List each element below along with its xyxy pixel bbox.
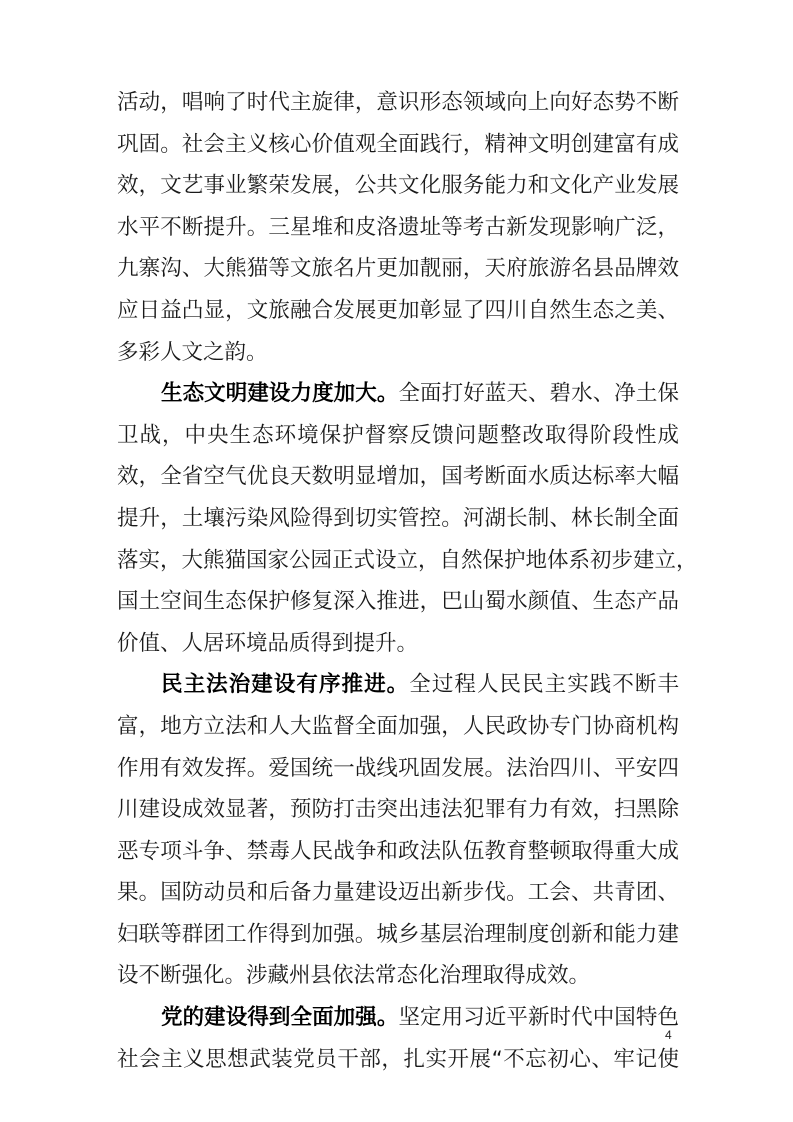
document-body: 活动，唱响了时代主旋律，意识形态领域向上向好态势不断 巩固。社会主义核心价值观全… — [117, 82, 679, 1080]
text-line: 富，地方立法和人大监督全面加强，人民政协专门协商机构 — [117, 706, 679, 748]
text-line: 多彩人文之韵。 — [117, 332, 679, 374]
paragraph-first-line: 党的建设得到全面加强。坚定用习近平新时代中国特色 — [117, 997, 679, 1039]
paragraph-heading: 党的建设得到全面加强。 — [161, 1005, 398, 1030]
text-line: 恶专项斗争、禁毒人民战争和政法队伍教育整顿取得重大成 — [117, 831, 679, 873]
text-line: 提升，土壤污染风险得到切实管控。河湖长制、林长制全面 — [117, 498, 679, 540]
paragraph-heading: 民主法治建设有序推进。 — [161, 672, 409, 697]
paragraph-first-line: 民主法治建设有序推进。全过程人民民主实践不断丰 — [117, 664, 679, 706]
text-line: 巩固。社会主义核心价值观全面践行，精神文明创建富有成 — [117, 124, 679, 166]
text-line: 作用有效发挥。爱国统一战线巩固发展。法治四川、平安四 — [117, 748, 679, 790]
text-line: 九寨沟、大熊猫等文旅名片更加靓丽，天府旅游名县品牌效 — [117, 248, 679, 290]
page-number: 4 — [665, 1028, 672, 1042]
text-run: 全面打好蓝天、碧水、净土保 — [398, 381, 679, 406]
text-line: 卫战，中央生态环境保护督察反馈问题整改取得阶段性成 — [117, 415, 679, 457]
paragraph-ecology: 生态文明建设力度加大。全面打好蓝天、碧水、净土保 卫战，中央生态环境保护督察反馈… — [117, 373, 679, 664]
paragraph-first-line: 生态文明建设力度加大。全面打好蓝天、碧水、净土保 — [117, 373, 679, 415]
text-line: 应日益凸显，文旅融合发展更加彰显了四川自然生态之美、 — [117, 290, 679, 332]
text-line: 效，文艺事业繁荣发展，公共文化服务能力和文化产业发展 — [117, 165, 679, 207]
text-line: 社会主义思想武装党员干部，扎实开展“不忘初心、牢记使 — [117, 1039, 679, 1081]
text-line: 果。国防动员和后备力量建设迈出新步伐。工会、共青团、 — [117, 872, 679, 914]
text-line: 价值、人居环境品质得到提升。 — [117, 623, 679, 665]
paragraph-heading: 生态文明建设力度加大。 — [161, 381, 398, 406]
paragraph-culture: 活动，唱响了时代主旋律，意识形态领域向上向好态势不断 巩固。社会主义核心价值观全… — [117, 82, 679, 373]
text-line: 国土空间生态保护修复深入推进，巴山蜀水颜值、生态产品 — [117, 581, 679, 623]
text-line: 水平不断提升。三星堆和皮洛遗址等考古新发现影响广泛， — [117, 207, 679, 249]
text-line: 妇联等群团工作得到加强。城乡基层治理制度创新和能力建 — [117, 914, 679, 956]
text-line: 设不断强化。涉藏州县依法常态化治理取得成效。 — [117, 955, 679, 997]
paragraph-democracy: 民主法治建设有序推进。全过程人民民主实践不断丰 富，地方立法和人大监督全面加强，… — [117, 664, 679, 997]
text-line: 落实，大熊猫国家公园正式设立，自然保护地体系初步建立， — [117, 540, 679, 582]
text-line: 川建设成效显著，预防打击突出违法犯罪有力有效，扫黑除 — [117, 789, 679, 831]
text-line: 效，全省空气优良天数明显增加，国考断面水质达标率大幅 — [117, 456, 679, 498]
text-line: 活动，唱响了时代主旋律，意识形态领域向上向好态势不断 — [117, 82, 679, 124]
paragraph-party: 党的建设得到全面加强。坚定用习近平新时代中国特色 社会主义思想武装党员干部，扎实… — [117, 997, 679, 1080]
text-run: 全过程人民民主实践不断丰 — [409, 672, 679, 697]
text-run: 坚定用习近平新时代中国特色 — [398, 1005, 679, 1030]
